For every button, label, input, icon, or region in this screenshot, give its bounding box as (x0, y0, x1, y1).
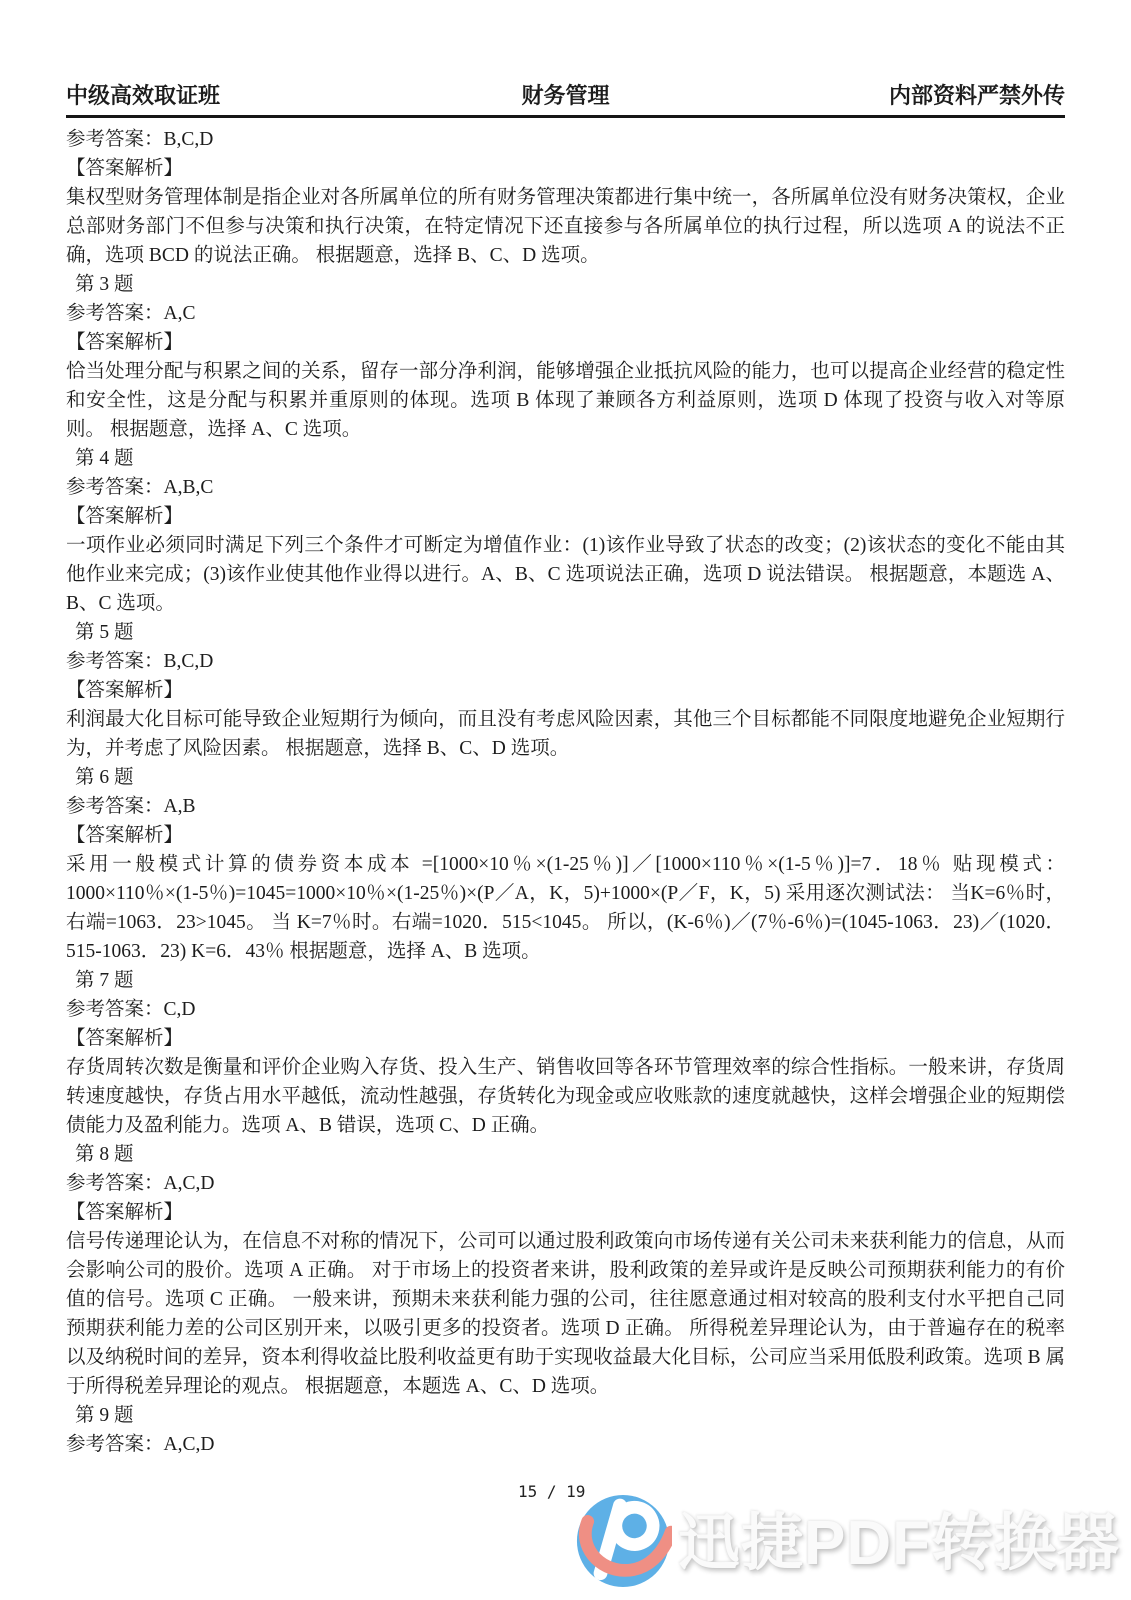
analysis-heading: 【答案解析】 (66, 1198, 1065, 1227)
answer-line: 参考答案：C,D (66, 995, 1065, 1024)
answer-line: 参考答案：B,C,D (66, 647, 1065, 676)
header-course-name: 中级高效取证班 (66, 84, 399, 108)
answer-line: 参考答案：A,B (66, 792, 1065, 821)
analysis-heading: 【答案解析】 (66, 154, 1065, 183)
analysis-paragraph: 集权型财务管理体制是指企业对各所属单位的所有财务管理决策都进行集中统一，各所属单… (66, 183, 1065, 270)
header-confidential-notice: 内部资料严禁外传 (732, 84, 1065, 108)
analysis-heading: 【答案解析】 (66, 676, 1065, 705)
answer-explanations: 参考答案：B,C,D 【答案解析】 集权型财务管理体制是指企业对各所属单位的所有… (66, 125, 1065, 1459)
analysis-heading: 【答案解析】 (66, 821, 1065, 850)
analysis-paragraph: 存货周转次数是衡量和评价企业购入存货、投入生产、销售收回等各环节管理效率的综合性… (66, 1053, 1065, 1140)
answer-line: 参考答案：A,C,D (66, 1430, 1065, 1459)
watermark-text: 迅捷PDF转换器 (678, 1513, 1120, 1575)
question-number: 第 6 题 (66, 763, 1065, 792)
question-number: 第 7 题 (66, 966, 1065, 995)
page-header: 中级高效取证班 财务管理 内部资料严禁外传 (66, 84, 1065, 118)
question-number: 第 5 题 (66, 618, 1065, 647)
analysis-heading: 【答案解析】 (66, 502, 1065, 531)
analysis-paragraph: 利润最大化目标可能导致企业短期行为倾向，而且没有考虑风险因素，其他三个目标都能不… (66, 705, 1065, 763)
analysis-heading: 【答案解析】 (66, 328, 1065, 357)
analysis-paragraph: 采用一般模式计算的债券资本成本 =[1000×10％×(1-25％)]／[100… (66, 850, 1065, 966)
analysis-paragraph: 一项作业必须同时满足下列三个条件才可断定为增值作业：(1)该作业导致了状态的改变… (66, 531, 1065, 618)
answer-line: 参考答案：A,C (66, 299, 1065, 328)
pdf-converter-watermark: 迅捷PDF转换器 (574, 1492, 1120, 1595)
header-subject-title: 财务管理 (399, 84, 732, 108)
question-number: 第 4 题 (66, 444, 1065, 473)
question-number: 第 3 题 (66, 270, 1065, 299)
answer-line: 参考答案：B,C,D (66, 125, 1065, 154)
question-number: 第 9 题 (66, 1401, 1065, 1430)
question-number: 第 8 题 (66, 1140, 1065, 1169)
answer-line: 参考答案：A,B,C (66, 473, 1065, 502)
document-page: 中级高效取证班 财务管理 内部资料严禁外传 参考答案：B,C,D 【答案解析】 … (0, 0, 1131, 1600)
pdf-converter-logo-icon (574, 1492, 672, 1595)
answer-line: 参考答案：A,C,D (66, 1169, 1065, 1198)
analysis-paragraph: 信号传递理论认为，在信息不对称的情况下，公司可以通过股利政策向市场传递有关公司未… (66, 1227, 1065, 1401)
analysis-paragraph: 恰当处理分配与积累之间的关系，留存一部分净利润，能够增强企业抵抗风险的能力，也可… (66, 357, 1065, 444)
analysis-heading: 【答案解析】 (66, 1024, 1065, 1053)
page-number: 15 / 19 (518, 1482, 585, 1501)
